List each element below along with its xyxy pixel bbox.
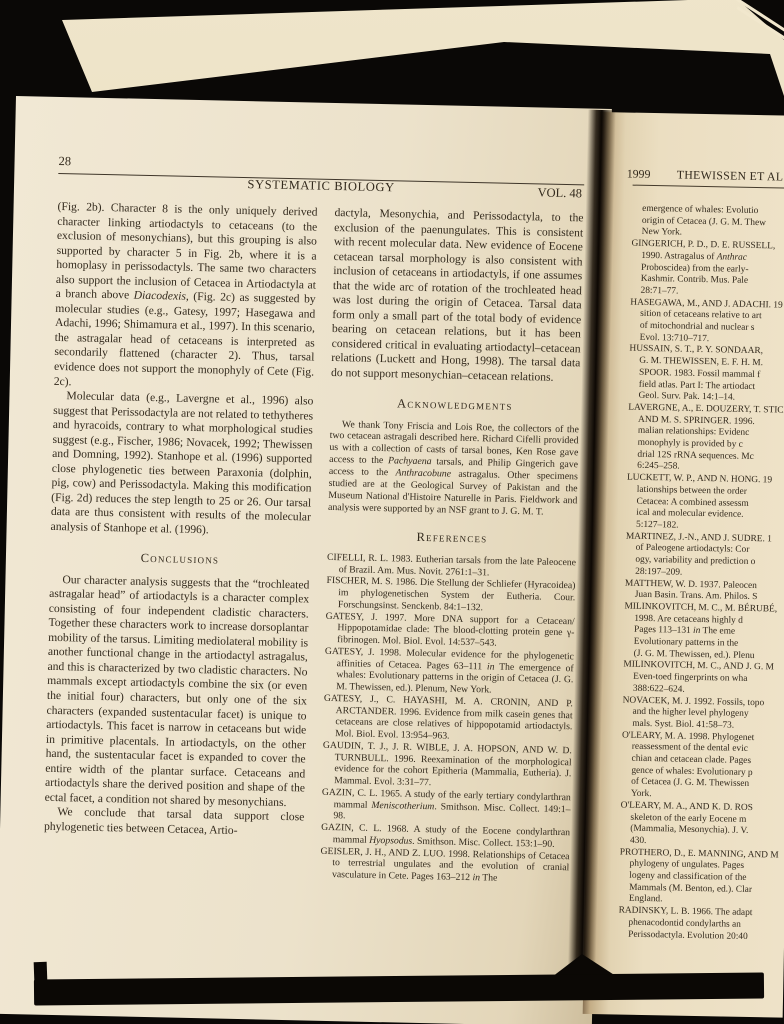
reference-entry: FISCHER, M. S. 1986. Die Stellung der Sc… bbox=[326, 575, 576, 616]
reference-entry: GAZIN, C. L. 1965. A study of the early … bbox=[321, 787, 571, 828]
paragraph: We conclude that tarsal data support clo… bbox=[44, 805, 305, 840]
right-page-header: 1999 THEWISSEN ET AL.—C bbox=[633, 167, 784, 190]
running-title: THEWISSEN ET AL.—C bbox=[677, 167, 784, 184]
volume-label: VOL. 48 bbox=[537, 185, 582, 201]
middle-text-column: dactyla, Mesonychia, and Perissodactyla,… bbox=[320, 206, 584, 886]
paragraph: Molecular data (e.g., Lavergne et al., 1… bbox=[50, 389, 313, 540]
page-number: 28 bbox=[58, 154, 71, 169]
reference-entry: GATESY, J. 1997. More DNA support for a … bbox=[325, 610, 575, 651]
reference-entry: GATESY, J. 1998. Molecular evidence for … bbox=[324, 646, 574, 698]
left-text-column: (Fig. 2b). Character 8 is the only uniqu… bbox=[43, 200, 318, 880]
section-heading: Acknowledgments bbox=[330, 394, 579, 414]
reference-entry: GATESY, J., C. HAYASHI, M. A. CRONIN, AN… bbox=[323, 693, 573, 745]
paragraph: (Fig. 2b). Character 8 is the only uniqu… bbox=[54, 200, 318, 395]
journal-spread-photo: 28 SYSTEMATIC BIOLOGY VOL. 48 (Fig. 2b).… bbox=[0, 0, 784, 1024]
left-page: 28 SYSTEMATIC BIOLOGY VOL. 48 (Fig. 2b).… bbox=[0, 96, 612, 1024]
reference-entry: GEISLER, J. H., AND Z. LUO. 1998. Relati… bbox=[320, 845, 570, 886]
reference-line: Perissodactyla. Evolution 20:40 bbox=[618, 929, 784, 944]
left-page-header: 28 SYSTEMATIC BIOLOGY VOL. 48 bbox=[58, 149, 584, 185]
section-heading: References bbox=[327, 528, 576, 548]
reference-entry: GAUDIN, T. J., J. R. WIBLE, J. A. HOPSON… bbox=[322, 740, 572, 792]
paragraph: dactyla, Mesonychia, and Perissodactyla,… bbox=[331, 206, 584, 386]
right-page: 1999 THEWISSEN ET AL.—C emergence of wha… bbox=[583, 112, 784, 1018]
paragraph: We thank Tony Friscia and Lois Roe, the … bbox=[328, 418, 579, 519]
journal-title: SYSTEMATIC BIOLOGY bbox=[58, 173, 584, 199]
section-heading: Conclusions bbox=[50, 548, 310, 569]
text-columns: (Fig. 2b). Character 8 is the only uniqu… bbox=[43, 200, 584, 886]
year-label: 1999 bbox=[627, 167, 651, 182]
right-references-column: emergence of whales: Evolutioorigin of C… bbox=[618, 204, 784, 944]
paragraph: Our character analysis suggests that the… bbox=[45, 572, 310, 810]
